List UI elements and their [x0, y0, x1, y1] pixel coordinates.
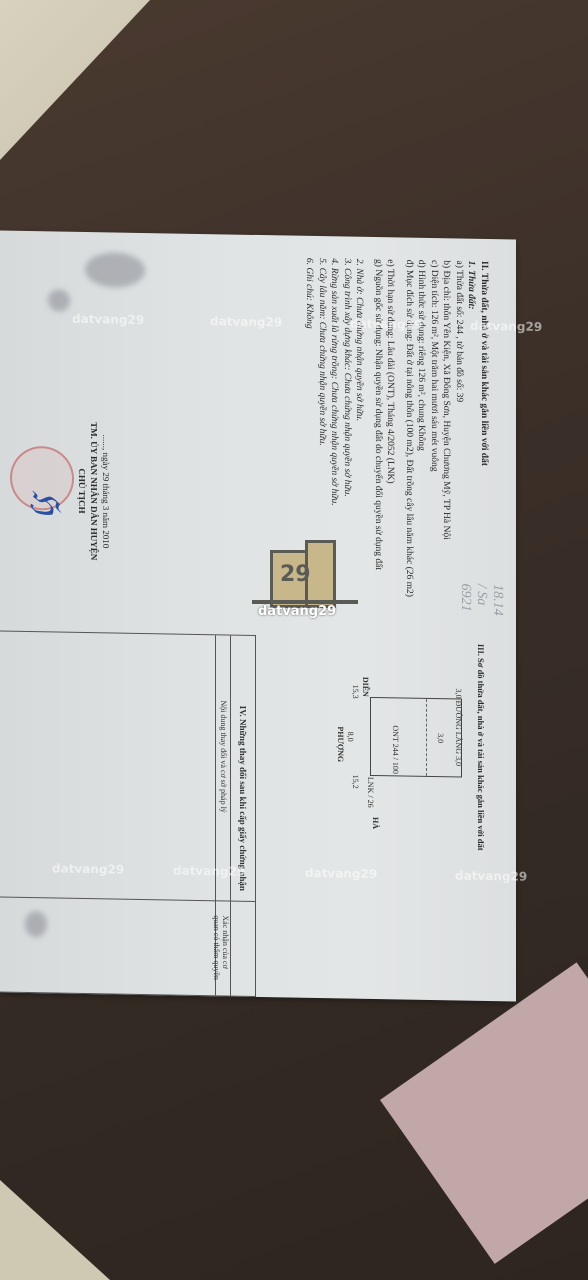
- right-length: 15,2: [351, 775, 360, 789]
- lnk-label: LNK / 26: [366, 777, 375, 808]
- sign-org: TM. ỦY BAN NHÂN DÂN HUYỆN: [88, 422, 100, 560]
- bottom-dimension: 8,0: [346, 732, 355, 742]
- section-iv-title: IV. Những thay đổi sau khi cấp giấy chứn…: [238, 706, 248, 891]
- section-ii-sub1: 1. Thửa đất:: [465, 261, 478, 599]
- logo-text: datvang29: [258, 604, 336, 619]
- sign-role: CHỦ TỊCH: [76, 422, 88, 560]
- handwritten-note: 18.14 / Sa 6921: [457, 583, 505, 615]
- neighbor-left: DIỄN: [361, 677, 370, 697]
- floor-tile: [0, 0, 160, 170]
- address: b) Địa chỉ: thôn Yên Kiện, Xã Đông Sơn, …: [440, 260, 453, 598]
- usage-term: e) Thời hạn sử dụng: Lâu dài (ONT), Thán…: [384, 259, 397, 597]
- col-authority-confirmation: Xác nhận của cơ quan có thẩm quyền: [212, 915, 230, 985]
- pink-document-corner: [380, 962, 588, 1263]
- area: c) Diện tích: 126 m², Một trăm hai mươi …: [428, 260, 441, 598]
- stain: [85, 252, 145, 288]
- table-divider: [0, 896, 255, 901]
- section-ii-title: II. Thửa đất, nhà ở và tài sản khác gắn …: [478, 261, 491, 599]
- section-iii-title: III. Sơ đồ thửa đất, nhà ở và tài sản kh…: [475, 644, 487, 851]
- table-divider: [230, 636, 231, 996]
- watermark: datvang29: [210, 314, 282, 329]
- parcel-label: ONT 244 / 100: [391, 725, 400, 774]
- signature-mark: ℌ: [0, 486, 68, 526]
- neighbor-right: HÀ: [371, 817, 380, 829]
- neighbor-bottom: PHƯỢNG: [336, 726, 345, 762]
- watermark: datvang29: [470, 319, 542, 334]
- signature-block: ......, ngày 29 tháng 3 năm 2010 TM. ỦY …: [76, 422, 112, 561]
- watermark: datvang29: [72, 312, 144, 327]
- datvang29-logo: 29 datvang29: [250, 540, 360, 620]
- usage-origin: g) Nguồn gốc sử dụng: Nhận quyền sử dụng…: [372, 259, 385, 597]
- watermark: datvang29: [173, 864, 245, 879]
- logo-number: 29: [280, 562, 311, 587]
- section-iii: III. Sơ đồ thửa đất, nhà ở và tài sản kh…: [475, 644, 487, 851]
- watermark: datvang29: [350, 317, 422, 332]
- watermark: datvang29: [305, 866, 377, 881]
- usage-purpose: đ) Mục đích sử dụng: Đất ở tại nông thôn…: [403, 260, 416, 598]
- watermark: datvang29: [455, 868, 527, 883]
- col-change-content: Nội dung thay đổi và cơ sở pháp lý: [219, 700, 228, 813]
- parcel-number: a) Thửa đất số: 244 , tờ bản đồ số: 39: [453, 260, 466, 598]
- sign-date: ......, ngày 29 tháng 3 năm 2010: [100, 422, 112, 560]
- floor-tile-bottom: [0, 1180, 110, 1280]
- section-iv-table: IV. Những thay đổi sau khi cấp giấy chứn…: [0, 630, 256, 996]
- parcel-top-dimension: 3,0: [436, 733, 445, 743]
- parcel-diagram: [370, 697, 462, 778]
- left-length: 15,3: [351, 685, 360, 699]
- stain: [48, 289, 70, 311]
- watermark: datvang29: [52, 861, 124, 876]
- usage-form: d) Hình thức sử dụng: riêng 126 m², chun…: [415, 260, 428, 598]
